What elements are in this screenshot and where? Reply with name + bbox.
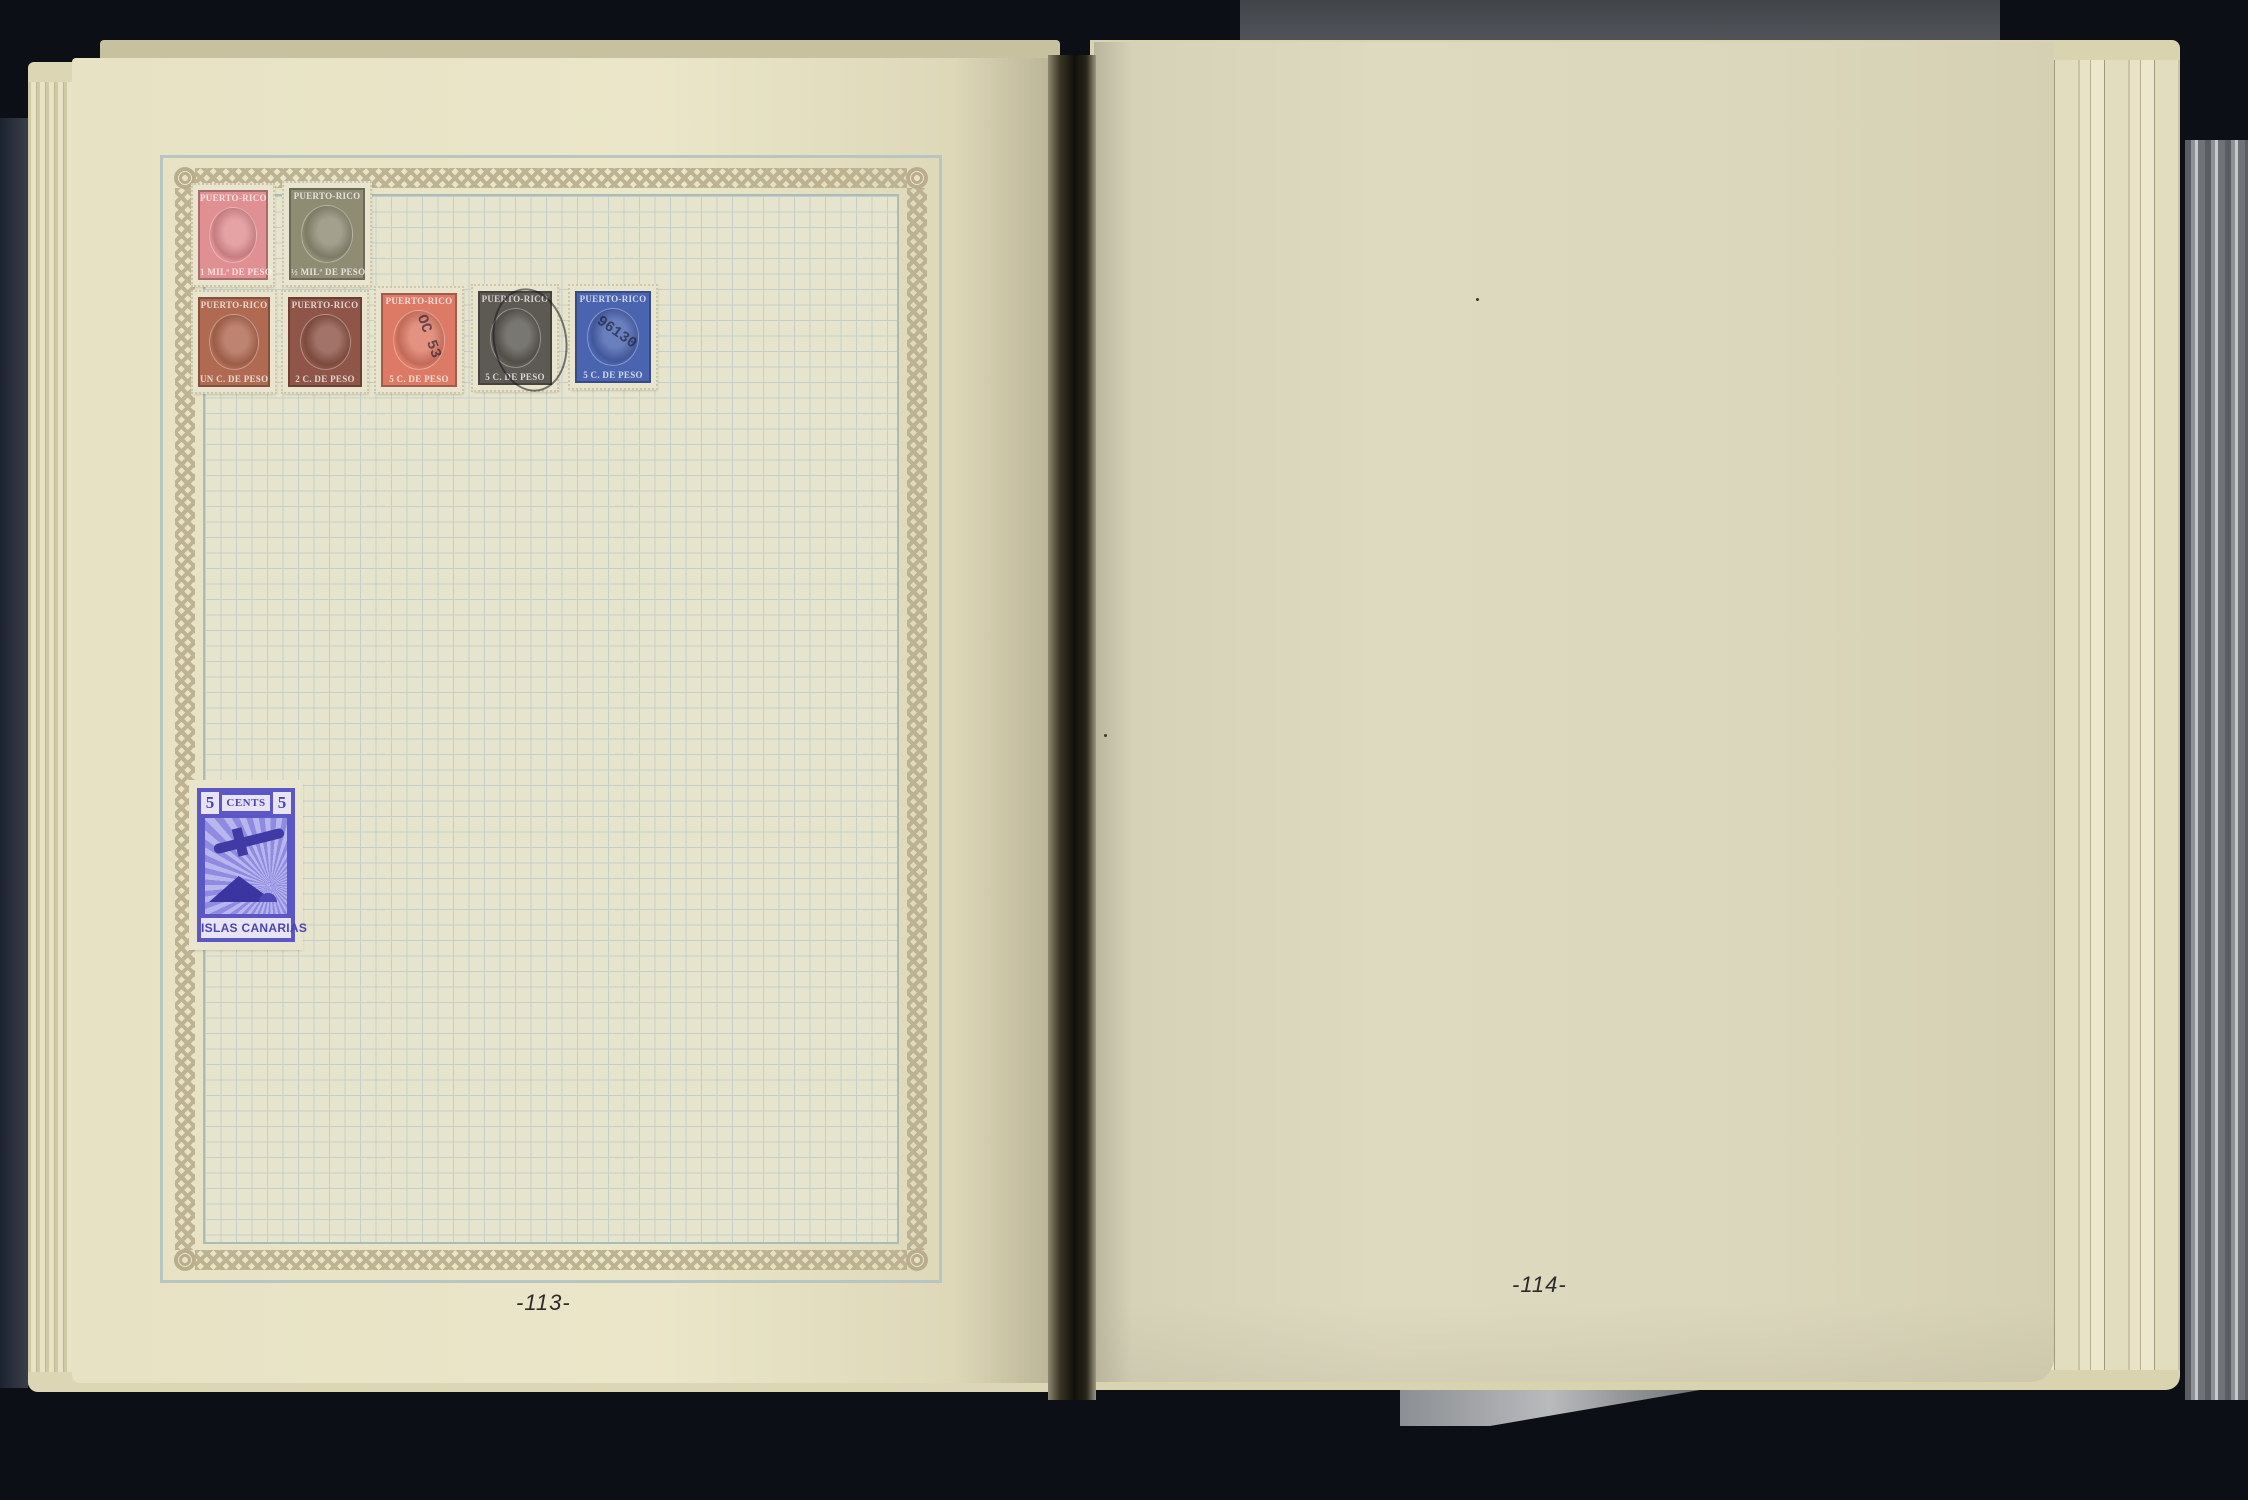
stamp-design: PUERTO-RICO UN C. DE PESO [198,297,270,387]
king-portrait-icon [209,314,259,370]
border-right-ornament [907,188,927,1250]
border-left-ornament [175,188,195,1250]
stamp-puerto-rico-half-mil[interactable]: PUERTO-RICO ½ MILª DE PESO [284,183,370,285]
sun-icon [259,893,277,902]
dust-speck [1104,734,1107,737]
glassine-sheet-bottom [1400,1390,1700,1426]
stamp-design: PUERTO-RICO 5 C. DE PESO [381,293,457,387]
stamp-puerto-rico-5-c-red[interactable]: PUERTO-RICO 5 C. DE PESO OC 53 [376,288,462,392]
stamp-country: PUERTO-RICO [383,295,455,307]
stamp-country: PUERTO-RICO [200,299,268,311]
album-cover-edge [0,118,28,1388]
stamp-puerto-rico-5-c-black[interactable]: PUERTO-RICO 5 C. DE PESO [473,286,557,390]
right-page-number: -114- [1512,1272,1567,1298]
corner-rosette-icon [906,1249,928,1271]
king-portrait-icon [300,314,351,370]
stamp-value: 5 C. DE PESO [383,373,455,385]
stamp-puerto-rico-5-c-blue[interactable]: PUERTO-RICO 5 C. DE PESO 96130 [570,286,656,388]
right-album-page [1094,42,2054,1382]
stamp-puerto-rico-1-c[interactable]: PUERTO-RICO UN C. DE PESO [193,292,275,392]
stamp-puerto-rico-2-c[interactable]: PUERTO-RICO 2 C. DE PESO [283,292,367,392]
stamp-header: 5 CENTS 5 [201,792,291,814]
stamp-design: PUERTO-RICO ½ MILª DE PESO [289,188,365,280]
stamp-country: PUERTO-RICO [577,293,649,305]
border-bottom-ornament [195,1250,907,1270]
dust-speck [1476,298,1479,301]
stamp-value: 2 C. DE PESO [290,373,360,385]
corner-rosette-icon [174,1249,196,1271]
glassine-sheet-right [2185,140,2248,1400]
book-spine-gutter [1048,55,1096,1400]
stamp-value: 1 MILª DE PESO [200,266,266,278]
left-page-number: -113- [516,1290,571,1316]
stamp-value-left: 5 [201,792,219,814]
king-portrait-icon [209,207,257,263]
stamp-islas-canarias-airmail[interactable]: 5 CENTS 5 ISLAS CANARIAS [191,782,301,948]
stamp-value: ½ MILª DE PESO [291,266,363,278]
stamp-value-right: 5 [273,792,291,814]
king-portrait-icon [301,205,353,263]
stamp-design: PUERTO-RICO 2 C. DE PESO [288,297,362,387]
corner-rosette-icon [906,167,928,189]
stamp-country: PUERTO-RICO [290,299,360,311]
sunburst-scene [205,818,287,914]
stamp-puerto-rico-1-mil[interactable]: PUERTO-RICO 1 MILª DE PESO [193,185,273,285]
stamp-design: PUERTO-RICO 1 MILª DE PESO [198,190,268,280]
stamp-value: UN C. DE PESO [200,373,268,385]
stamp-country: PUERTO-RICO [291,190,363,202]
stamp-value: 5 C. DE PESO [577,369,649,381]
airplane-icon [213,827,285,854]
stamp-design: 5 CENTS 5 ISLAS CANARIAS [197,788,295,942]
stamp-country: PUERTO-RICO [200,192,266,204]
stamp-country: ISLAS CANARIAS [201,918,291,938]
stamp-denomination: CENTS [222,795,269,811]
